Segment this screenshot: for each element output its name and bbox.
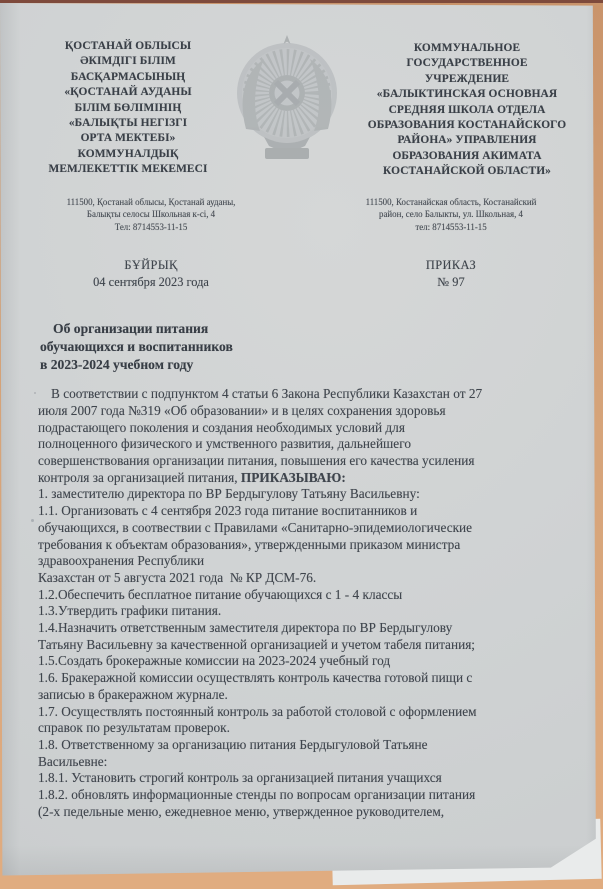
body-line: (2-х педельные меню, ежедневное меню, ут… <box>38 804 576 821</box>
title-line: обучающихся и воспитанников <box>40 338 600 356</box>
body-line: 1.2.Обеспечить бесплатное питание обучаю… <box>38 587 576 604</box>
body-line: полноценного физического и умственного р… <box>38 436 576 453</box>
order-heading: БҰЙРЫҚ 04 сентября 2023 года ПРИКАЗ № 97 <box>0 257 600 290</box>
scanned-document-photo: ҚОСТАНАЙ ОБЛЫСЫ ӘКІМДІГІ БІЛІМ БАСҚАРМАС… <box>0 0 603 889</box>
order-heading-kazakh: БҰЙРЫҚ 04 сентября 2023 года <box>0 257 302 290</box>
body-line: 1.7. Осуществлять постоянный контроль за… <box>38 704 576 721</box>
body-line: совершенствования организации питания, п… <box>38 453 576 470</box>
address-russian: 111500, Костанайская область, Костанайск… <box>302 196 600 234</box>
paper-speck <box>34 392 36 394</box>
address-row: 111500, Қостанай облысы, Қостанай ауданы… <box>0 196 600 234</box>
body-line: подрастающего поколения и создания необх… <box>38 420 576 437</box>
order-directive-word: ПРИКАЗЫВАЮ: <box>241 470 346 485</box>
org-name-kazakh: ҚОСТАНАЙ ОБЛЫСЫ ӘКІМДІГІ БІЛІМ БАСҚАРМАС… <box>24 39 232 178</box>
body-line: В соответствии с подпунктом 4 статьи 6 З… <box>38 386 576 403</box>
body-line: 1.5.Создать брокеражные комиссии на 2023… <box>38 653 576 670</box>
kazakhstan-coat-of-arms-icon <box>234 33 340 163</box>
body-line: 1.8.2. обновлять информационные стенды п… <box>38 787 576 804</box>
body-line: 1.6. Бракеражной комиссии осуществлять к… <box>38 670 576 687</box>
body-line: 1.8.1. Установить строгий контроль за ор… <box>38 770 576 787</box>
body-line: обучающихся, в соотвествии с Правилами «… <box>38 520 576 537</box>
document-title: Об организации питания обучающихся и вос… <box>40 320 600 373</box>
body-line: Казахстан от 5 августа 2021 года № КР ДС… <box>38 570 576 587</box>
body-line: 1.8. Ответственному за организацию питан… <box>38 737 576 754</box>
body-line: Васильевне: <box>38 754 576 771</box>
order-heading-russian: ПРИКАЗ № 97 <box>302 257 600 290</box>
title-line: Об организации питания <box>40 320 600 338</box>
order-word-russian: ПРИКАЗ <box>302 257 600 274</box>
order-date: 04 сентября 2023 года <box>0 274 302 291</box>
body-line: записью в бракеражном журнале. <box>38 687 576 704</box>
order-number: № 97 <box>302 274 600 291</box>
body-line: требования к объектам образования», утве… <box>38 537 576 554</box>
body-line-text: контроля за организацией питания, <box>38 470 241 485</box>
body-line: июля 2007 года №319 «Об образовании» и в… <box>38 403 576 420</box>
body-line: 1.3.Утвердить графики питания. <box>38 603 576 620</box>
emblem-container <box>232 33 342 163</box>
document-body: В соответствии с подпунктом 4 статьи 6 З… <box>38 386 576 820</box>
body-line: контроля за организацией питания, ПРИКАЗ… <box>38 470 576 487</box>
body-line: справок по результатам проверок. <box>38 720 576 737</box>
body-line: 1. заместителю директора по ВР Бердыгуло… <box>38 486 576 503</box>
paper-sheet: ҚОСТАНАЙ ОБЛЫСЫ ӘКІМДІГІ БІЛІМ БАСҚАРМАС… <box>0 3 600 879</box>
letterhead: ҚОСТАНАЙ ОБЛЫСЫ ӘКІМДІГІ БІЛІМ БАСҚАРМАС… <box>0 3 600 180</box>
address-kazakh: 111500, Қостанай облысы, Қостанай ауданы… <box>0 196 302 234</box>
title-line: в 2023-2024 учебном году <box>40 356 600 374</box>
body-line: Татьяну Васильевну за качественной орган… <box>38 637 576 654</box>
org-name-russian: КОММУНАЛЬНОЕ ГОСУДАРСТВЕННОЕ УЧРЕЖДЕНИЕ … <box>342 39 588 180</box>
body-line: 1.1. Организовать с 4 сентября 2023 года… <box>38 503 576 520</box>
paper-speck <box>31 519 34 522</box>
body-line: 1.4.Назначить ответственным заместителя … <box>38 620 576 637</box>
body-line: здравоохранения Республики <box>38 553 576 570</box>
order-word-kazakh: БҰЙРЫҚ <box>0 257 302 274</box>
